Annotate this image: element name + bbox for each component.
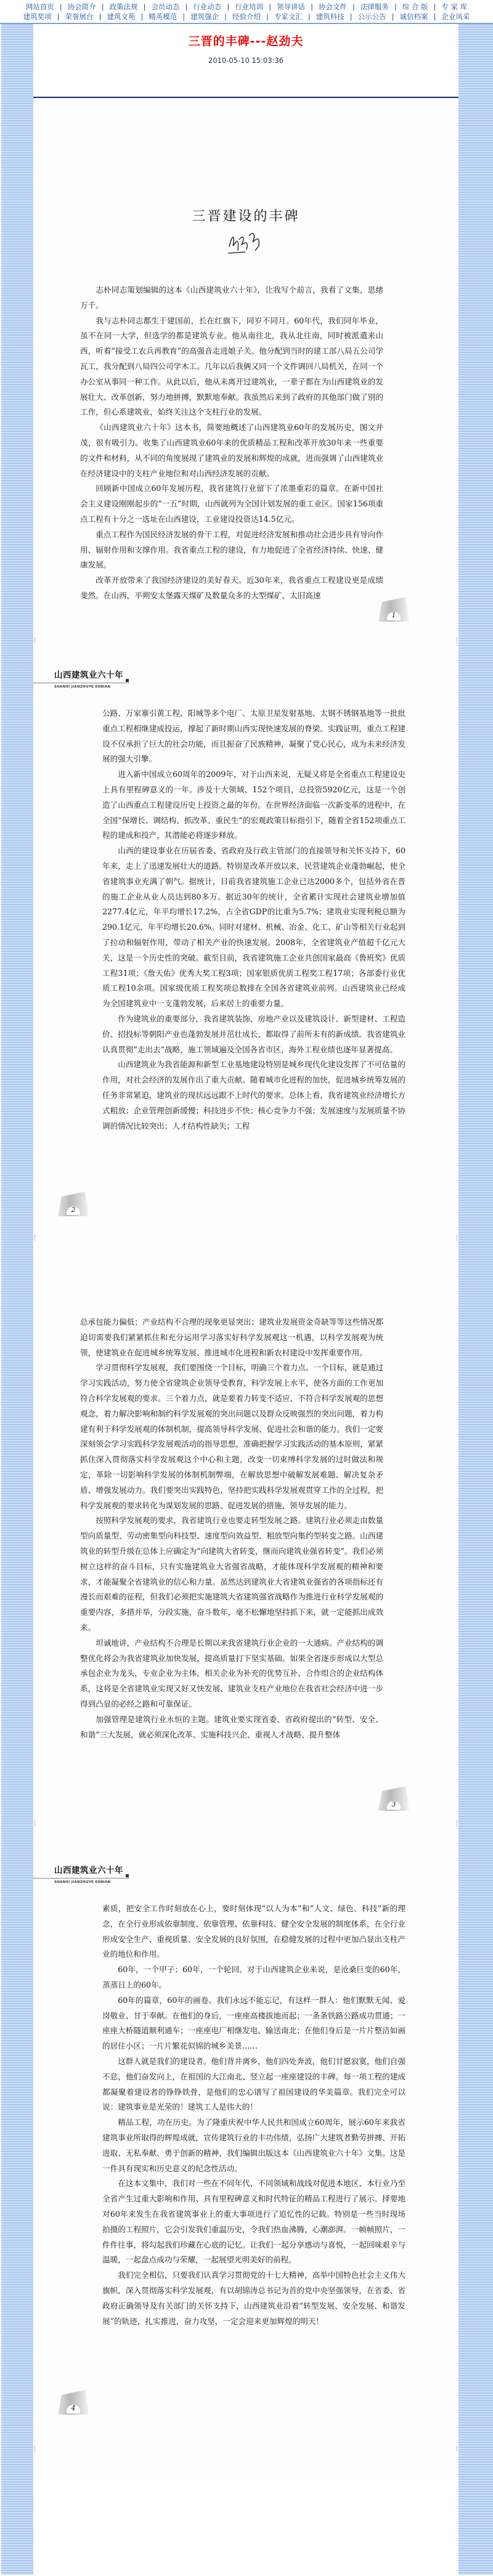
page-break-mark	[457, 1820, 457, 1826]
paragraph: 坦诚地讲，产业结构不合理是长期以来我省建筑行业企业的一大通病。产业结构的调整优化…	[80, 1636, 383, 1712]
nav-row-1: 网站首页| 协会简介| 政策法规| 会员动态| 行业动态| 行业培训| 领导讲话…	[0, 2, 493, 12]
book-page-body: 公路、万家寨引黄工程、阳城等多个电厂、太原卫星发射基地、太钢不锈钢基地等一批批重…	[33, 706, 458, 1134]
page-break-mark	[35, 2445, 35, 2452]
nav-separator: |	[95, 12, 106, 21]
nav-separator: |	[430, 12, 441, 21]
right-decorative-stripe	[458, 24, 493, 2575]
article-title: 三晋的丰碑---赵劲夫	[33, 32, 458, 49]
nav-separator: |	[55, 2, 67, 11]
nav-link-expert-articles[interactable]: 专家文汇	[273, 12, 304, 22]
book-page-body: 总承包能力偏低；产业结构不合理的现象更显突出；建筑业发展资金奇缺等等这些情况都迫…	[33, 1315, 458, 1742]
nav-separator: |	[348, 2, 359, 11]
paragraph: 公路、万家寨引黄工程、阳城等多个电厂、太原卫星发射基地、太钢不锈钢基地等一批批重…	[102, 706, 405, 767]
running-head-title: 山西建筑业六十年	[54, 1863, 123, 1875]
nav-link-honors[interactable]: 荣誉展台	[64, 12, 95, 22]
nav-link-policy[interactable]: 政策法规	[108, 2, 139, 12]
page-number-badge: 2	[58, 1192, 89, 1216]
paragraph: 我与志朴同志都生于建国前，长在红旗下，同岁不同月。60年代，我们同年毕业，虽不在…	[80, 314, 383, 421]
paragraph: 在这本文集中，我们对一些在不同年代、不同领域和战线对促进本地区、本行业乃至全省产…	[102, 2176, 405, 2268]
nav-link-legal[interactable]: 法律服务	[359, 2, 390, 12]
paragraph: 按照科学发展观的要求，我省建筑行业也要走转型发展之路。建筑行业必须走由数量型向质…	[80, 1513, 383, 1635]
nav-link-announcements[interactable]: 公示公告	[357, 12, 388, 22]
nav-link-elites[interactable]: 精英模范	[147, 12, 178, 22]
nav-separator: |	[304, 12, 315, 21]
nav-link-general[interactable]: 综 合 版	[401, 2, 430, 12]
paragraph: 重点工程作为国民经济发展的骨干工程，对促进经济发展和推动社会进步具有导向作用、辐…	[80, 527, 383, 573]
book-heading: 三晋建设的丰碑	[33, 98, 458, 225]
paragraph: 60年的篇章，60年的画卷。我们永远不能忘记，有这样一群人：他们默默无闻、爱岗敬…	[102, 1993, 405, 2054]
nav-separator: |	[97, 2, 108, 11]
page-number: 2	[58, 1206, 89, 1214]
paragraph: 加强管理是建筑行业永恒的主题。建筑业要实现省委、省政府提出的“转型、安全、和谐”…	[80, 1712, 383, 1743]
page-number: 1	[378, 611, 409, 619]
nav-separator: |	[346, 12, 357, 21]
book-page-body: 素质，把安全工作时刻放在心上，要时刻体现“以人为本”和“人文、绿色、科技”新的理…	[33, 1901, 458, 2329]
page-break	[33, 1222, 458, 1315]
running-head-marker-icon	[126, 679, 129, 682]
nav-separator: |	[306, 2, 317, 11]
nav-link-training[interactable]: 行业培训	[234, 2, 264, 12]
nav-separator: |	[178, 12, 189, 21]
nav-link-industry-news[interactable]: 行业动态	[192, 2, 222, 12]
nav-link-literature[interactable]: 建筑文苑	[105, 12, 136, 22]
article-date: 2010-05-10 15:03:36	[33, 56, 458, 65]
nav-link-awards[interactable]: 建筑奖项	[22, 12, 53, 22]
nav-separator: |	[181, 2, 192, 11]
page-break-mark	[35, 1820, 35, 1826]
nav-link-speeches[interactable]: 领导讲话	[275, 2, 306, 12]
nav-link-home[interactable]: 网站首页	[25, 2, 55, 12]
nav-separator: |	[390, 2, 401, 11]
nav-separator: |	[264, 2, 275, 11]
paragraph: 改革开放带来了我国经济建设的美好春天。近30年来，我省重点工程建设更是成绩斐然。…	[80, 573, 383, 604]
nav-row-2: 建筑奖项| 荣誉展台| 建筑文苑| 精英模范| 建筑强企| 经验介绍| 专家文汇…	[0, 12, 493, 22]
page-break	[33, 625, 458, 668]
nav-separator: |	[136, 12, 147, 21]
nav-separator: |	[220, 12, 231, 21]
paragraph: 志朴同志策划编辑的这本《山西建筑业六十年》，让我写个前言，我看了文集，思绪万千。	[80, 283, 383, 314]
nav-separator: |	[139, 2, 150, 11]
nav-link-company-showcase[interactable]: 企业风采	[440, 12, 471, 22]
nav-link-about[interactable]: 协会简介	[67, 2, 97, 12]
book-page-body: 志朴同志策划编辑的这本《山西建筑业六十年》，让我写个前言，我看了文集，思绪万千。…	[33, 283, 458, 604]
nav-link-credit-records[interactable]: 诚信档案	[399, 12, 430, 22]
paragraph: 素质，把安全工作时刻放在心上，要时刻体现“以人为本”和“人文、绿色、科技”新的理…	[102, 1901, 405, 1962]
paragraph: 回顾新中国成立60年发展历程，我省建筑行业留下了浓墨重彩的篇章。在新中国社会主义…	[80, 481, 383, 527]
left-decorative-stripe	[1, 24, 33, 2575]
nav-link-experience[interactable]: 经验介绍	[231, 12, 262, 22]
running-head-rule	[33, 1878, 129, 1879]
book-page-2: 山西建筑业六十年 SHANXI JIANZHUYE 60NIAN 公路、万家寨引…	[33, 668, 458, 1222]
page-break-mark	[35, 1235, 35, 1241]
nav-separator: |	[430, 2, 441, 11]
page-break-mark	[35, 637, 35, 643]
page-number-badge: 4	[58, 2390, 89, 2415]
page-break	[33, 1808, 458, 1863]
nav-separator: |	[262, 12, 273, 21]
nav-link-member-news[interactable]: 会员动态	[150, 2, 181, 12]
running-head: 山西建筑业六十年 SHANXI JIANZHUYE 60NIAN	[33, 668, 458, 693]
scanned-book-pages: 三晋建设的丰碑 志朴同志策划编辑的这本《山西建筑业六十年》，让我写个前言，我看了…	[33, 98, 458, 2479]
running-head-subtitle: SHANXI JIANZHUYE 60NIAN	[54, 685, 110, 689]
paragraph: 《山西建筑业六十年》这本书，简要地概述了山西建筑业60年的发展历史，图文并茂，很…	[80, 420, 383, 481]
page-number: 4	[58, 2404, 89, 2412]
running-head-title: 山西建筑业六十年	[54, 668, 123, 680]
nav-link-top-companies[interactable]: 建筑强企	[189, 12, 220, 22]
paragraph: 学习贯彻科学发展观，我们要围绕一个目标，明确三个着力点。一个目标，就是通过学习实…	[80, 1360, 383, 1513]
book-page-4: 山西建筑业六十年 SHANXI JIANZHUYE 60NIAN 素质，把安全工…	[33, 1863, 458, 2479]
paragraph: 作为建筑业的重要部分，我省建筑装饰、房地产业以及建筑设计、新型建材、工程造价、招…	[102, 1012, 405, 1057]
running-head-rule	[33, 683, 129, 683]
page-break-mark	[457, 2445, 457, 2452]
top-navigation: 网站首页| 协会简介| 政策法规| 会员动态| 行业动态| 行业培训| 领导讲话…	[0, 0, 493, 24]
running-head: 山西建筑业六十年 SHANXI JIANZHUYE 60NIAN	[33, 1863, 458, 1888]
paragraph: 总承包能力偏低；产业结构不合理的现象更显突出；建筑业发展资金奇缺等等这些情况都迫…	[80, 1315, 383, 1360]
book-page-1: 三晋建设的丰碑 志朴同志策划编辑的这本《山西建筑业六十年》，让我写个前言，我看了…	[33, 98, 458, 625]
paragraph: 精品工程，功在历史。为了隆重庆祝中华人民共和国成立60周年，展示60年来我省建筑…	[102, 2115, 405, 2176]
nav-separator: |	[222, 2, 234, 11]
signature-image	[224, 229, 267, 257]
article-content: 三晋的丰碑---赵劲夫 2010-05-10 15:03:36 三晋建设的丰碑 …	[33, 24, 458, 2575]
paragraph: 山西的建设事业在历届省委、省政府及行政主管部门的直接领导和关怀支持下，60年来，…	[102, 843, 405, 1012]
page-break-mark	[457, 1235, 457, 1241]
page-number-badge: 3	[378, 1786, 409, 1811]
page-frame: 三晋的丰碑---赵劲夫 2010-05-10 15:03:36 三晋建设的丰碑 …	[0, 24, 493, 2575]
nav-separator: |	[388, 12, 399, 21]
nav-separator: |	[53, 12, 64, 21]
paragraph: 这群人就是我们的建设者。他们背井离乡，他们四处奔波，他们甘愿寂寞，他们自强不息，…	[102, 2054, 405, 2115]
nav-link-experts[interactable]: 专 家 库	[440, 2, 468, 12]
nav-link-documents[interactable]: 协会文件	[317, 2, 348, 12]
book-page-3: 总承包能力偏低；产业结构不合理的现象更显突出；建筑业发展资金奇缺等等这些情况都迫…	[33, 1315, 458, 1808]
paragraph: 60年，一个甲子；60年，一个轮回。对于山西建筑企业来说，是沧桑巨变的60年，蒸…	[102, 1962, 405, 1993]
running-head-subtitle: SHANXI JIANZHUYE 60NIAN	[54, 1880, 110, 1884]
nav-link-technology[interactable]: 建筑科技	[315, 12, 346, 22]
page-number-badge: 1	[378, 597, 409, 622]
paragraph: 进入新中国成立60周年的2009年，对于山西来说，无疑又将是全省重点工程建设史上…	[102, 767, 405, 843]
page-break-mark	[457, 637, 457, 643]
paragraph: 山西建筑业为我省能源和新型工业基地建设特别是城乡现代化建设发挥了不可估量的作用，…	[102, 1057, 405, 1134]
running-head-marker-icon	[126, 1874, 129, 1877]
paragraph: 我们完全相信，只要我们认真学习贯彻党的十七大精神，高举中国特色社会主义伟大旗帜，…	[102, 2268, 405, 2329]
